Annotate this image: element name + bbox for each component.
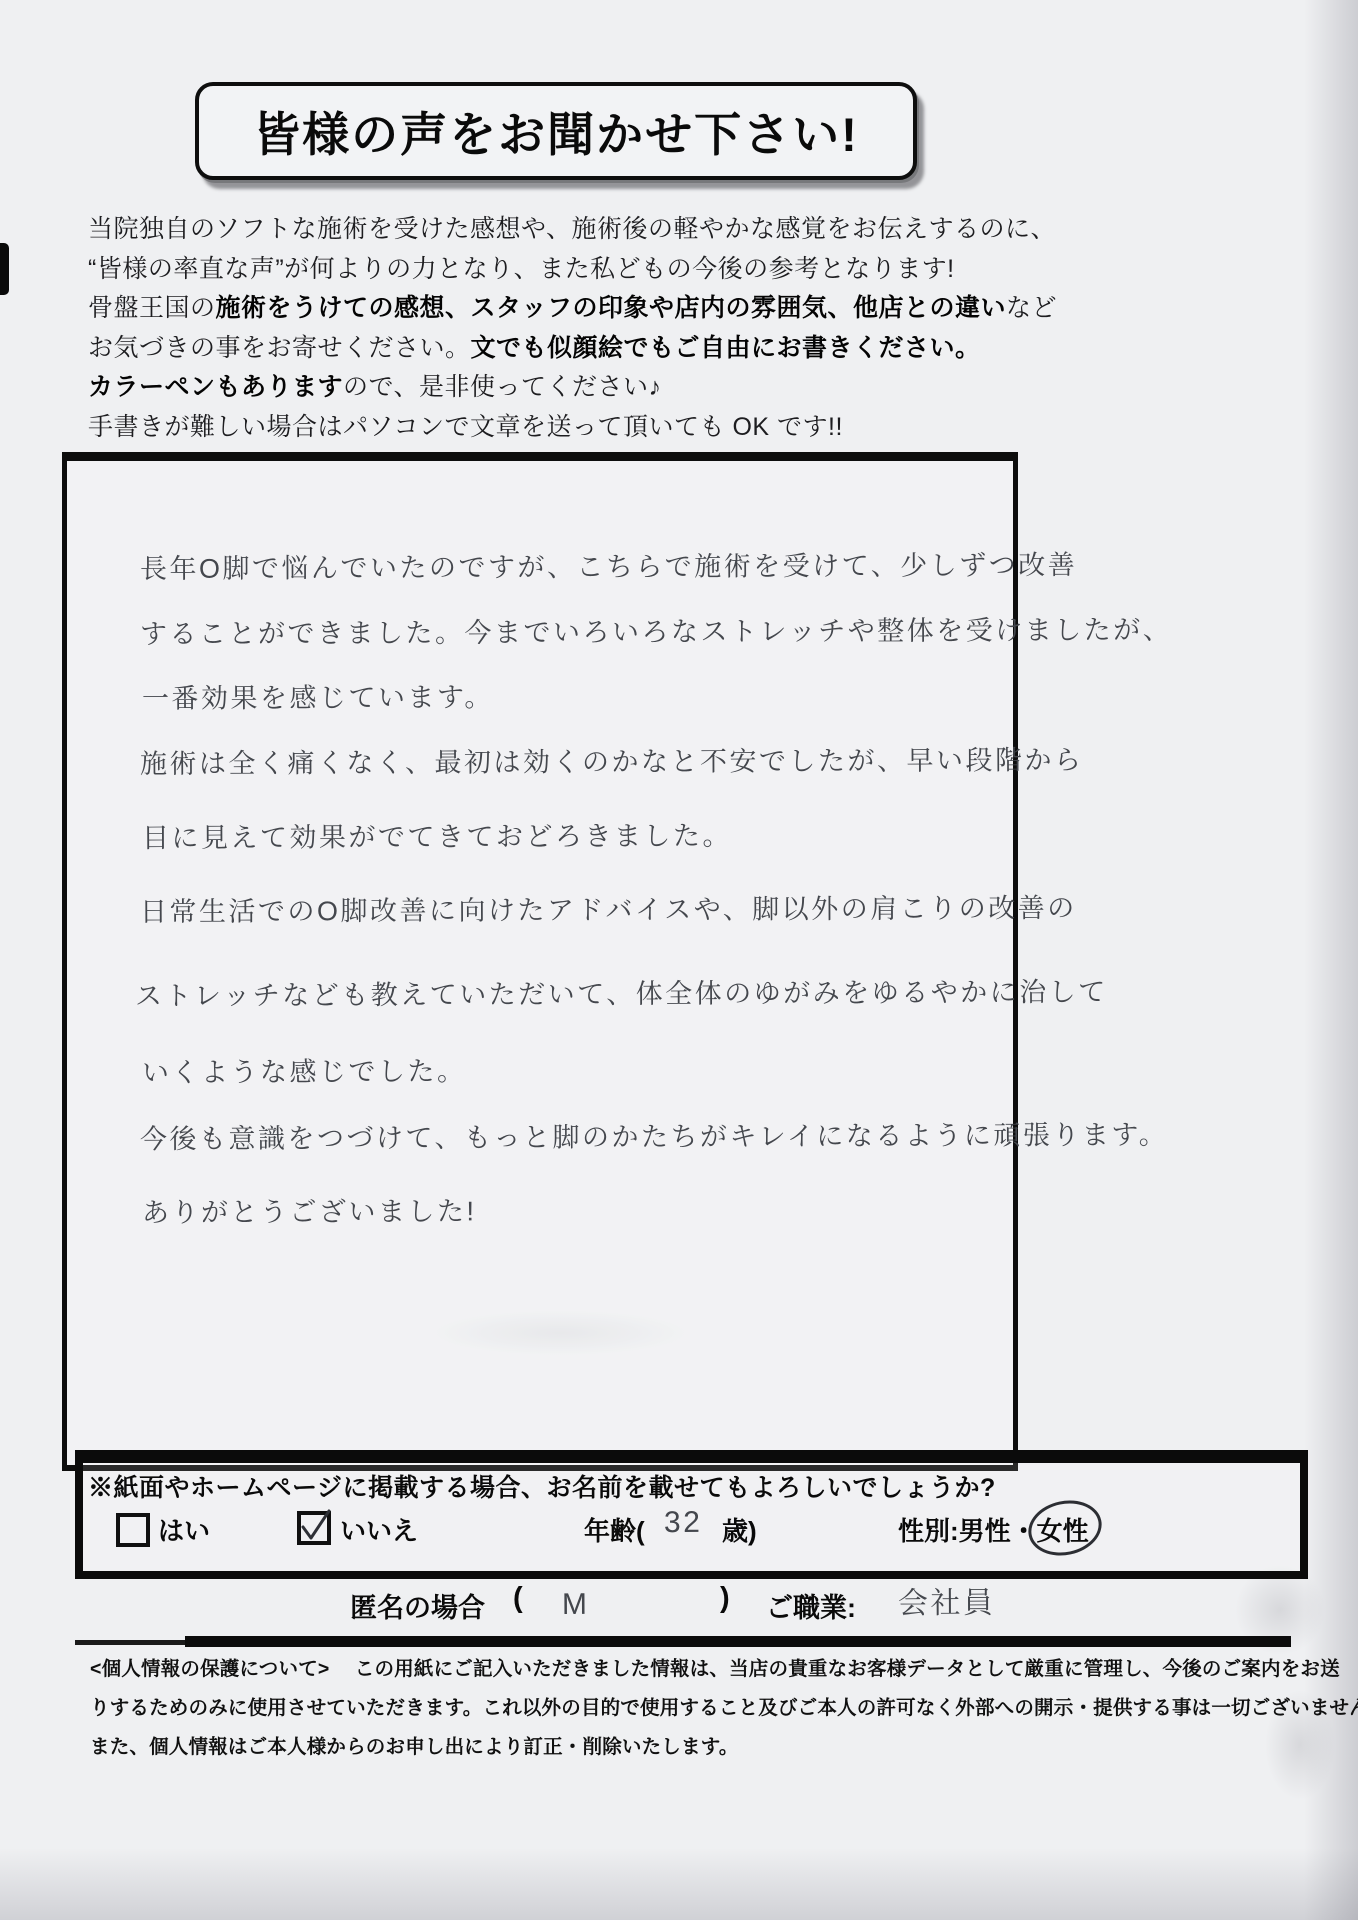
gender-field: 性別:男性・女性 <box>898 1511 1089 1548</box>
handwritten-line: 目に見えて効果がでてきておどろきました。 <box>142 814 732 856</box>
gender-label: 性別:男性・ <box>898 1516 1037 1546</box>
divider-line <box>185 1636 1291 1647</box>
privacy-line-2: りするためのみに使用させていただきます。これ以外の目的で使用すること及びご本人の… <box>90 1689 1315 1728</box>
divider-line-thin <box>75 1640 193 1645</box>
intro-line-1: 当院独自のソフトな施術を受けた感想や、施術後の軽やかな感覚をお伝えするのに、 <box>88 210 988 250</box>
handwritten-line: 一番効果を感じています。 <box>142 675 494 716</box>
handwritten-line: いくような感じでした。 <box>142 1049 467 1089</box>
checkbox-yes <box>116 1513 150 1547</box>
privacy-line-1: <個人情報の保護について> この用紙にご記入いただきました情報は、当店の貴重なお… <box>90 1650 1315 1689</box>
anonymous-value-handwritten: M <box>562 1588 590 1622</box>
publish-question: ※紙面やホームページに掲載する場合、お名前を載せてもよろしいでしょうか? <box>88 1468 996 1504</box>
intro-paragraph: 当院独自のソフトな施術を受けた感想や、施術後の軽やかな感覚をお伝えするのに、 “… <box>88 210 988 447</box>
intro-line-2: “皆様の率直な声”が何よりの力となり、また私どもの今後の参考となります! <box>88 250 988 290</box>
age-label-prefix: 年齢( <box>584 1511 645 1548</box>
paren-open: ( <box>513 1582 523 1615</box>
intro-line-6: 手書きが難しい場合はパソコンで文章を送って頂いても OK です!! <box>88 408 988 448</box>
intro-line-4: お気づきの事をお寄せください。文でも似顔絵でもご自由にお書きください。 <box>88 329 988 369</box>
occupation-value-handwritten: 会社員 <box>898 1578 996 1622</box>
scan-artifact-left-edge <box>0 243 9 295</box>
scan-shadow-bottom <box>0 1848 1358 1920</box>
scanned-feedback-form: 皆様の声をお聞かせ下さい! 当院独自のソフトな施術を受けた感想や、施術後の軽やか… <box>0 0 1358 1920</box>
paren-close: ) <box>720 1582 730 1615</box>
check-icon <box>296 1505 338 1549</box>
intro-line-3: 骨盤王国の施術をうけての感想、スタッフの印象や店内の雰囲気、他店との違いなど <box>88 289 988 329</box>
checkbox-no-label: いいえ <box>340 1511 418 1548</box>
testimonial-box <box>62 452 1018 1471</box>
checkbox-no <box>297 1511 331 1545</box>
gender-selected: 女性 <box>1037 1511 1089 1548</box>
handwritten-line: 今後も意識をつづけて、もっと脚のかたちがキレイになるように頑張ります。 <box>140 1113 1168 1156</box>
handwritten-line: 日常生活でのO脚改善に向けたアドバイスや、脚以外の肩こりの改善の <box>140 886 1077 929</box>
intro-line-5: カラーペンもありますので、是非使ってください♪ <box>88 368 988 408</box>
title-box: 皆様の声をお聞かせ下さい! <box>195 82 917 180</box>
age-value-handwritten: 32 <box>664 1506 703 1540</box>
handwritten-line: 長年O脚で悩んでいたのですが、こちらで施術を受けて、少しずつ改善 <box>140 543 1077 586</box>
privacy-line-3: また、個人情報はご本人様からのお申し出により訂正・削除いたします。 <box>90 1728 1315 1767</box>
privacy-notice: <個人情報の保護について> この用紙にご記入いただきました情報は、当店の貴重なお… <box>90 1650 1315 1767</box>
handwritten-line: ありがとうございました! <box>142 1189 477 1229</box>
age-label-suffix: 歳) <box>722 1511 757 1548</box>
occupation-label: ご職業: <box>766 1586 856 1625</box>
handwritten-line: 施術は全く痛くなく、最初は効くのかなと不安でしたが、早い段階から <box>140 738 1084 781</box>
anonymous-label: 匿名の場合 <box>350 1586 485 1625</box>
handwritten-line: ストレッチなども教えていただいて、体全体のゆがみをゆるやかに治して <box>135 970 1108 1013</box>
handwritten-line: することができました。今までいろいろなストレッチや整体を受けましたが、 <box>140 608 1172 652</box>
checkbox-yes-label: はい <box>158 1511 210 1548</box>
page-title: 皆様の声をお聞かせ下さい! <box>253 98 859 165</box>
